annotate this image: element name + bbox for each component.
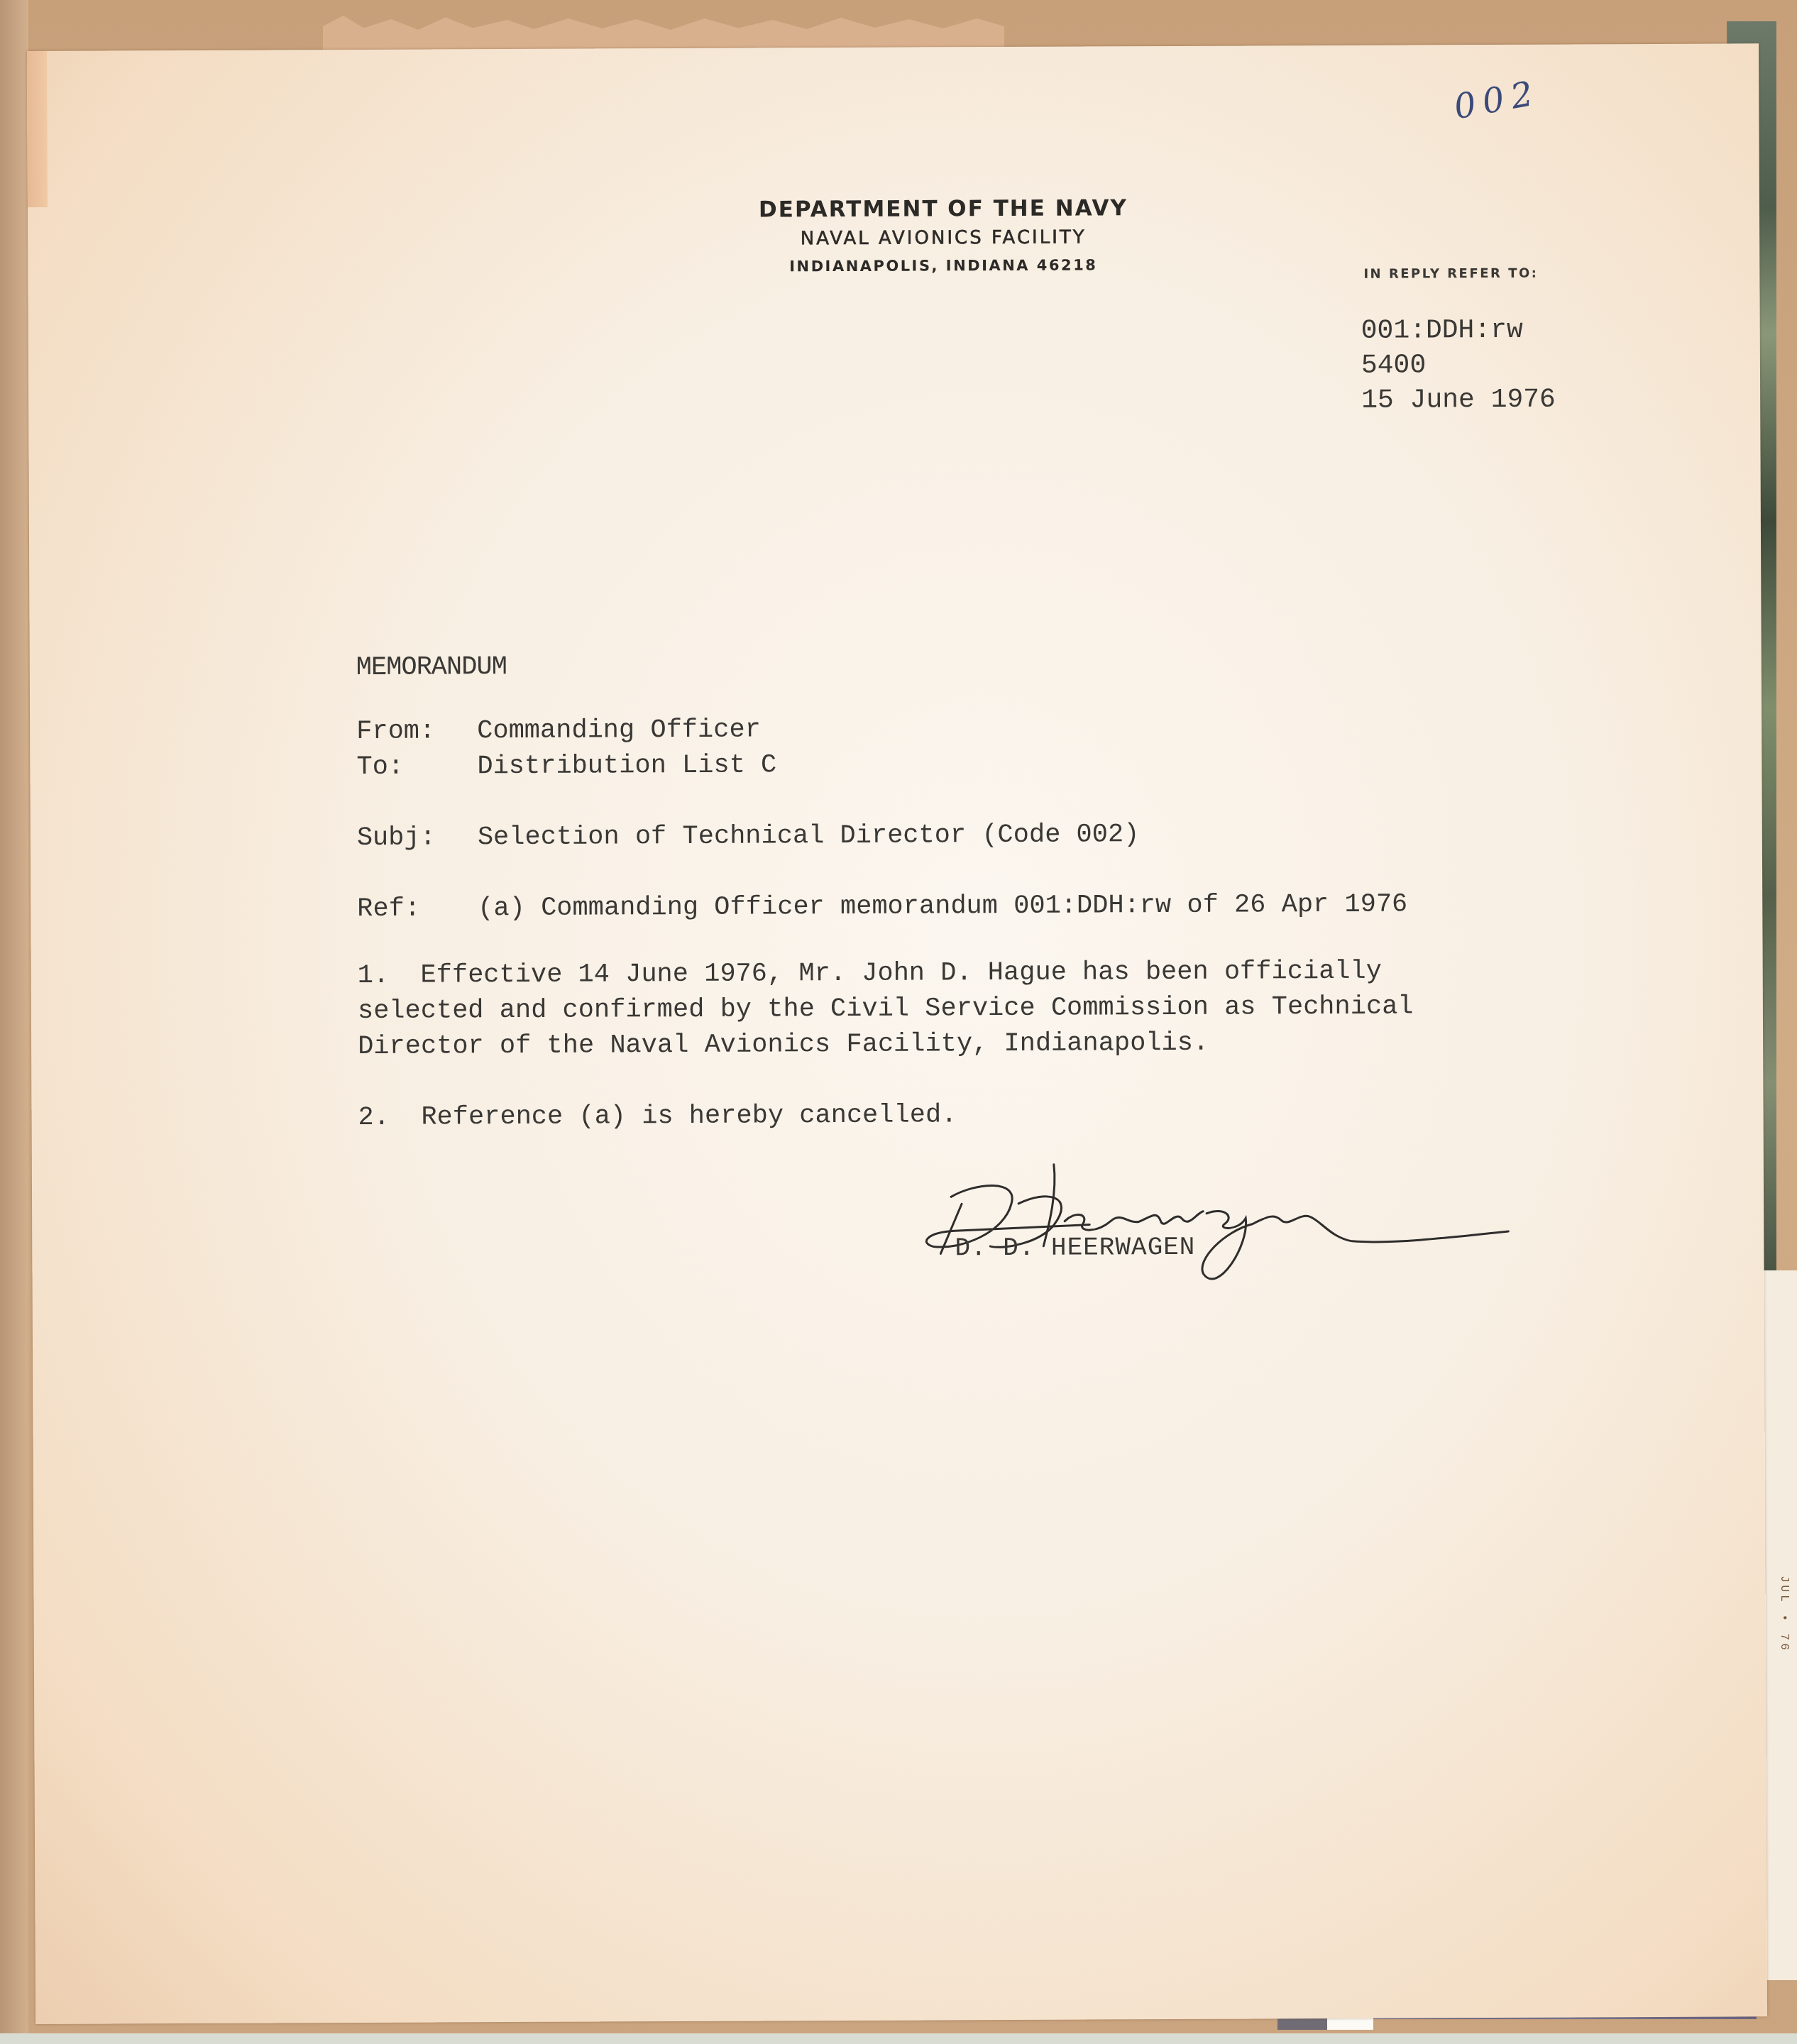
to-value: Distribution List C xyxy=(477,750,776,781)
handwritten-code: 002 xyxy=(1451,73,1543,128)
paragraph-1: 1. Effective 14 June 1976, Mr. John D. H… xyxy=(358,953,1414,1064)
subject-label: Subj: xyxy=(357,823,478,853)
paragraph-2: 2. Reference (a) is hereby cancelled. xyxy=(358,1097,957,1136)
letterhead-address: INDIANAPOLIS, INDIANA 46218 xyxy=(666,256,1220,275)
from-value: Commanding Officer xyxy=(477,715,761,746)
to-label: To: xyxy=(356,752,477,782)
memo-body: MEMORANDUM From:Commanding Officer To:Di… xyxy=(356,648,1563,653)
photo-date-stamp: JUL • 76 xyxy=(1778,1576,1791,1653)
reference-value: (a) Commanding Officer memorandum 001:DD… xyxy=(478,890,1407,924)
from-line: From:Commanding Officer xyxy=(356,715,761,746)
reply-date: 15 June 1976 xyxy=(1361,383,1556,418)
reply-refer-label: IN REPLY REFER TO: xyxy=(1363,266,1538,282)
reply-serial: 001:DDH:rw xyxy=(1361,313,1556,348)
letterhead-department: DEPARTMENT OF THE NAVY xyxy=(666,195,1220,223)
to-line: To:Distribution List C xyxy=(356,750,776,782)
memo-title: MEMORANDUM xyxy=(356,652,507,683)
reference-line: Ref:(a) Commanding Officer memorandum 00… xyxy=(357,890,1407,924)
signer-typed-name: D. D. HEERWAGEN xyxy=(955,1233,1195,1263)
reply-reference-block: 001:DDH:rw 5400 15 June 1976 xyxy=(1361,313,1556,418)
memo-page: 002 DEPARTMENT OF THE NAVY NAVAL AVIONIC… xyxy=(27,43,1767,2024)
subject-line: Subj:Selection of Technical Director (Co… xyxy=(357,820,1140,853)
letterhead: DEPARTMENT OF THE NAVY NAVAL AVIONICS FA… xyxy=(666,195,1220,275)
letterhead-facility: NAVAL AVIONICS FACILITY xyxy=(666,226,1220,250)
reply-ssic: 5400 xyxy=(1361,348,1556,383)
reference-label: Ref: xyxy=(357,894,478,924)
from-label: From: xyxy=(356,716,477,747)
folder-edge xyxy=(0,0,28,2044)
page-fold xyxy=(27,51,48,207)
scanner-bottom-strip xyxy=(0,2033,1797,2044)
subject-value: Selection of Technical Director (Code 00… xyxy=(478,820,1140,852)
